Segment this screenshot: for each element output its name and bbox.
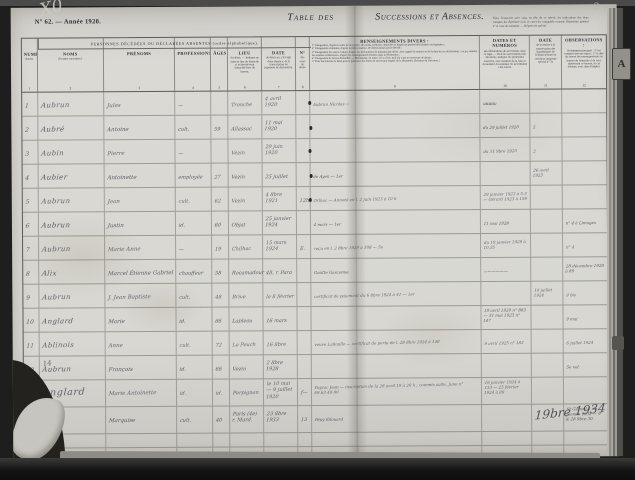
cell-lieu: Allassac bbox=[229, 115, 263, 138]
cell-profession: id. bbox=[177, 356, 213, 379]
cell-renseignements: Goutte Gasconne bbox=[311, 258, 481, 282]
handwritten-entry: cult. bbox=[179, 295, 191, 302]
handwritten-entry: J. Jean Baptiste bbox=[108, 294, 151, 302]
handwritten-entry: Marquise bbox=[108, 418, 135, 425]
cell-acte: E. bbox=[297, 235, 311, 258]
cell-certificat: 26 avril 1923 bbox=[531, 161, 563, 184]
handwritten-entry: 48 bbox=[215, 294, 222, 300]
cell-dates_numeros: 11 mai 1928 bbox=[481, 210, 531, 233]
table-row: 14AlixeMarquisecult.40Paris (4e) r. Mard… bbox=[24, 404, 608, 435]
handwritten-entry: 13 bbox=[301, 417, 308, 423]
cell-observations: 9 mai bbox=[564, 305, 608, 328]
ink-dot bbox=[310, 174, 313, 178]
cell-nom: Aubier bbox=[39, 164, 105, 187]
cell-nom: Ablinois bbox=[40, 332, 106, 355]
ink-dot bbox=[308, 149, 311, 153]
table-row: 11AblinoisAnnecult.72Le Peuch16 8breveuv… bbox=[24, 329, 608, 357]
cell-dates_numeros: uuuuuuuuu bbox=[481, 90, 531, 113]
handwritten-entry: Jean bbox=[107, 199, 120, 206]
cell-num: 2 bbox=[22, 117, 38, 140]
cell-num: 4 bbox=[23, 165, 39, 188]
table-row: 3AubinPierre—Vezin29 juin 1920du 31 9bre… bbox=[22, 137, 606, 165]
cell-acte bbox=[296, 115, 310, 138]
handwritten-entry: Justin bbox=[107, 223, 124, 230]
handwritten-entry: 3 bbox=[25, 151, 29, 159]
cell-date_deces: 4 8bre 1921 bbox=[263, 187, 297, 210]
handwritten-entry: 4 8bre 1921 bbox=[265, 191, 294, 204]
cell-observations: 5e vol. bbox=[564, 353, 608, 376]
cell-date_deces: 25 juillet bbox=[263, 163, 297, 186]
handwritten-entry: 66 bbox=[215, 319, 222, 325]
cell-num: 7 bbox=[23, 237, 39, 260]
cell-renseignements: certificat de paiement du 6 8bre 1924 à … bbox=[311, 282, 481, 306]
handwritten-entry: Aubier bbox=[41, 173, 68, 182]
handwritten-entry: Vezin bbox=[231, 174, 245, 180]
cell-date_deces: 11 mai 1920 bbox=[263, 115, 297, 138]
table-row: 7AubrunMarie Anne—19Chilhac15 mars 1924E… bbox=[23, 233, 607, 261]
cell-date_deces bbox=[264, 433, 298, 446]
cell-certificat: 10 juillet 1924 bbox=[532, 281, 564, 304]
cell-profession: cult. bbox=[176, 188, 212, 211]
handwritten-entry: 25 juillet bbox=[265, 174, 288, 181]
cell-date_deces: 25 janvier 1924 bbox=[263, 211, 297, 234]
handwritten-entry: du 19 janvier 1929 à 10.35 bbox=[484, 239, 529, 250]
handwritten-entry: Orlhac — Annoté en l. 2 juin 1923 à 10 h bbox=[314, 196, 397, 203]
cell-renseignements: Orlhac — Annoté en l. 2 juin 1923 à 10 h bbox=[311, 186, 481, 210]
printed-corner-note: Nota. Transcrire avec soin, en tête de c… bbox=[493, 16, 589, 28]
handwritten-entry: 4 mars — 1er bbox=[313, 222, 341, 228]
handwritten-entry: employée bbox=[178, 174, 203, 181]
table-row: 13AnglardMarie Antoinetteid.id.Perpignan… bbox=[24, 377, 608, 408]
cell-date_deces: 29 juin 1920 bbox=[263, 139, 297, 162]
cell-dates_numeros: 19 avril 1920 n° 883 — 31 mai 1923 n° 14… bbox=[482, 306, 532, 329]
cell-observations bbox=[563, 185, 607, 208]
handwritten-entry: 72 bbox=[216, 342, 223, 348]
cell-lieu: Chilhac bbox=[229, 235, 263, 258]
cell-prenoms: Pierre bbox=[104, 140, 176, 163]
table-body: 1AubrunJules—Tronche4 avril 1920Aubrun N… bbox=[22, 89, 608, 460]
page-title-left: Table des bbox=[267, 12, 355, 24]
cell-renseignements bbox=[311, 138, 481, 162]
cell-nom: Aubrun bbox=[39, 212, 105, 235]
cell-lieu: Vezin bbox=[229, 187, 263, 210]
cell-observations: 28 décembre 1928 à 89 bbox=[563, 257, 607, 280]
cell-dates_numeros: —————— bbox=[482, 258, 532, 281]
cell-date_deces: 48, r. Para bbox=[263, 259, 297, 282]
cell-date_deces: 23 8bre 1933 bbox=[264, 406, 298, 432]
cell-lieu bbox=[231, 433, 265, 446]
handwritten-entry: 23 8bre 1933 bbox=[266, 411, 295, 424]
cell-acte bbox=[297, 283, 311, 306]
cell-age: 60 bbox=[212, 212, 229, 235]
cell-profession: — bbox=[176, 140, 212, 163]
cell-profession: id. bbox=[177, 380, 213, 406]
handwritten-entry: id. bbox=[180, 367, 187, 373]
cell-renseignements bbox=[310, 114, 480, 138]
handwritten-entry: Allassac bbox=[231, 126, 252, 133]
cell-lieu: Vezin bbox=[229, 139, 263, 162]
handwritten-entry: 10 bbox=[26, 319, 34, 327]
cell-acte bbox=[298, 355, 312, 378]
handwritten-entry: 9 avril 1925 n° 183 bbox=[485, 340, 525, 346]
handwritten-entry: Marie Anne bbox=[107, 246, 140, 254]
handwritten-entry: 28 décembre 1928 à 89 bbox=[565, 263, 605, 274]
cell-lieu: Rocamadour bbox=[229, 259, 263, 282]
cell-renseignements bbox=[312, 306, 482, 330]
handwritten-entry: 4 bbox=[25, 175, 30, 183]
cell-observations: 9 bis bbox=[563, 281, 607, 304]
handwritten-entry: Vezin bbox=[232, 198, 246, 205]
cell-prenoms: Marie bbox=[105, 308, 177, 331]
handwritten-entry: chauffeur bbox=[179, 270, 204, 277]
handwritten-entry: veuve Lafeuille — certificat de perte de… bbox=[314, 339, 439, 347]
handwritten-entry: Alix bbox=[41, 269, 57, 278]
column-header-num: NUMÉROSd'ordre.1 bbox=[22, 39, 38, 92]
table-row: 10AnglardMarieid.66Lapleau16 mars19 avri… bbox=[23, 305, 607, 333]
cell-date_deces: 16 mars bbox=[264, 307, 298, 330]
handwritten-entry: n° 4 bbox=[566, 244, 575, 249]
handwritten-entry: le 8 février bbox=[266, 294, 294, 301]
cell-nom: Aubrun bbox=[39, 284, 105, 307]
handwritten-entry: 5 bbox=[25, 199, 29, 207]
cell-observations bbox=[562, 89, 606, 112]
handwritten-entry: 27 bbox=[214, 175, 221, 181]
cell-num: 10 bbox=[23, 309, 39, 332]
handwritten-entry: 29 janvier 1923 à 5.3 — Gérard 1923 à 15… bbox=[484, 191, 529, 202]
cell-lieu: Perpignan bbox=[230, 379, 264, 405]
table-row: 8AlixMarcel Étienne Gabrielchauffeur58Ro… bbox=[23, 257, 607, 285]
cell-observations bbox=[562, 113, 606, 136]
ink-dot bbox=[308, 101, 311, 105]
cell-prenoms: Marie Antoinette bbox=[106, 380, 178, 406]
cell-prenoms bbox=[106, 434, 178, 447]
column-header-certificat: DATEde la remise à la conservation des h… bbox=[530, 35, 562, 88]
cell-num: 1 bbox=[22, 93, 38, 116]
cell-prenoms: Marcel Étienne Gabriel bbox=[105, 260, 177, 283]
cell-dates_numeros: 16 janvier 1924 à 133 — 25 février 1924 … bbox=[482, 378, 532, 404]
cell-num: 11 bbox=[24, 333, 40, 356]
handwritten-entry: id. bbox=[180, 391, 187, 397]
cell-acte bbox=[298, 307, 312, 330]
column-header-renseignements: RENSEIGNEMENTS DIVERS :1° Désignation, d… bbox=[310, 36, 481, 90]
cell-date_deces: le 8 février bbox=[264, 283, 298, 306]
cell-acte bbox=[297, 211, 311, 234]
margin-pencil-mark: 14 bbox=[42, 359, 52, 368]
cell-profession: chauffeur bbox=[177, 260, 213, 283]
scanner-bed-bottom bbox=[0, 458, 635, 480]
handwritten-entry: 26 avril 1923 bbox=[533, 167, 560, 178]
handwritten-entry: Vezin bbox=[232, 366, 246, 372]
handwritten-entry: Chilhac bbox=[232, 246, 252, 253]
handwritten-entry: 5 bbox=[533, 125, 536, 130]
handwritten-entry: François bbox=[108, 367, 133, 374]
cell-age bbox=[214, 434, 231, 447]
index-tab-a: A bbox=[612, 48, 631, 80]
handwritten-entry: 15 mars 1924 bbox=[265, 239, 294, 252]
cell-profession: cult. bbox=[178, 407, 214, 433]
cell-lieu: Objat bbox=[229, 211, 263, 234]
cell-observations: 6 juillet 1924 bbox=[564, 329, 608, 352]
handwritten-entry: Vezin bbox=[231, 150, 245, 157]
handwritten-entry: 11 mai 1928 bbox=[484, 221, 510, 227]
cell-prenoms: Antoinette bbox=[104, 164, 176, 187]
handwritten-entry: — bbox=[178, 103, 183, 109]
handwritten-entry: 9 bis bbox=[566, 292, 576, 297]
cell-num: 3 bbox=[22, 141, 38, 164]
handwritten-entry: Objat bbox=[232, 222, 247, 228]
handwritten-entry: — bbox=[179, 247, 184, 253]
handwritten-entry: Pierre bbox=[107, 151, 125, 158]
handwritten-entry: Antoine bbox=[106, 127, 128, 134]
handwritten-entry: Aubrun bbox=[41, 221, 71, 230]
cell-age: 48 bbox=[213, 284, 230, 307]
cell-dates_numeros bbox=[482, 405, 532, 431]
handwritten-entry: Pépy Édouard bbox=[315, 417, 344, 423]
handwritten-entry: id. bbox=[216, 390, 223, 396]
handwritten-entry: 6 juillet 1924 bbox=[567, 340, 594, 346]
cell-lieu: Brive bbox=[230, 283, 264, 306]
handwritten-entry: Anglard bbox=[42, 317, 74, 326]
cell-age: id. bbox=[213, 380, 230, 406]
cell-profession: cult. bbox=[177, 332, 213, 355]
cell-certificat: 19bre 1934 bbox=[532, 404, 564, 430]
cell-acte bbox=[298, 331, 312, 354]
table-row: 4AubierAntoinetteemployée27Vezin25 juill… bbox=[23, 161, 607, 189]
handwritten-entry: Marcel Étienne Gabriel bbox=[107, 270, 173, 278]
handwritten-entry: 2 8bre 1928 bbox=[266, 360, 295, 373]
cell-lieu: Vezin bbox=[229, 163, 263, 186]
cell-date_deces: 15 mars 1924 bbox=[263, 235, 297, 258]
cell-profession bbox=[178, 434, 214, 447]
cell-dates_numeros: 9 avril 1925 n° 183 bbox=[482, 330, 532, 353]
cell-certificat bbox=[531, 257, 563, 280]
cell-certificat: 2 bbox=[531, 137, 563, 160]
handwritten-entry: 10 juillet 1924 bbox=[534, 287, 561, 298]
handwritten-entry: 16 mars bbox=[266, 318, 287, 325]
cell-observations: n° 4 bbox=[563, 233, 607, 256]
handwritten-entry: 16 8bre bbox=[267, 342, 287, 349]
cell-certificat bbox=[531, 209, 563, 232]
cell-certificat bbox=[530, 89, 562, 112]
handwritten-entry: Aubrun Nicolas — bbox=[313, 101, 350, 107]
cell-date_deces: 16 8bre bbox=[264, 331, 298, 354]
handwritten-entry: Marie Antoinette bbox=[108, 390, 156, 398]
cell-renseignements: Payrac Jean — inscription de la 28 avril… bbox=[312, 378, 483, 405]
handwritten-entry: Aubin bbox=[41, 149, 64, 158]
handwritten-entry: cult. bbox=[178, 127, 190, 133]
handwritten-entry: Anne bbox=[108, 343, 123, 350]
handwritten-entry: Goutte Gasconne bbox=[314, 269, 349, 275]
cell-dates_numeros bbox=[482, 282, 532, 305]
handwritten-entry: Aubrun bbox=[42, 293, 71, 302]
cell-renseignements: veuve Lafeuille — certificat de perte de… bbox=[312, 330, 482, 354]
handwritten-entry: 19 bbox=[215, 246, 222, 252]
handwritten-entry: 66 bbox=[216, 367, 223, 373]
cell-acte bbox=[298, 433, 312, 446]
handwritten-entry: Aubrun bbox=[41, 101, 70, 110]
cell-age: 19 bbox=[212, 236, 229, 259]
cell-num: 9 bbox=[23, 285, 39, 308]
column-header-dates_numeros: DATES ET NUMÉROSdes déclarations de succ… bbox=[480, 36, 530, 89]
cell-num: 5 bbox=[23, 189, 39, 212]
handwritten-entry: 59 bbox=[214, 127, 221, 133]
index-tab-notch bbox=[612, 336, 624, 350]
cell-age bbox=[212, 140, 229, 163]
cell-acte bbox=[297, 163, 311, 186]
cell-certificat bbox=[532, 431, 564, 444]
cell-profession: cult. bbox=[176, 116, 212, 139]
cell-prenoms: Jean bbox=[104, 188, 176, 211]
handwritten-entry: 7 bbox=[26, 247, 30, 255]
handwritten-entry: E. bbox=[300, 246, 306, 252]
cell-renseignements: Pépy Édouard bbox=[312, 405, 482, 432]
cell-certificat bbox=[532, 305, 564, 328]
handwritten-entry: 6 bbox=[25, 223, 30, 231]
cell-nom: Aubrun bbox=[38, 92, 104, 115]
handwritten-entry: Le Peuch bbox=[233, 342, 257, 349]
handwritten-entry: — bbox=[179, 151, 184, 157]
cell-certificat bbox=[532, 329, 564, 352]
register-page: N° 62. — Année 1920. Table des Successio… bbox=[11, 4, 620, 460]
table-row: 6AubrunJustinid.60Objat25 janvier 19244 … bbox=[23, 209, 607, 237]
cell-lieu: Tronche bbox=[228, 91, 262, 114]
handwritten-entry: 8 bbox=[25, 271, 30, 279]
handwritten-entry: le 10 mai — 9 juillet 1920 bbox=[266, 381, 295, 400]
handwritten-entry: Lapleau bbox=[232, 318, 253, 325]
cell-acte bbox=[297, 259, 311, 282]
cell-prenoms: Anne bbox=[105, 332, 177, 355]
handwritten-entry: 25 janvier 1924 bbox=[265, 216, 294, 229]
handwritten-entry: 62 bbox=[215, 198, 222, 204]
cell-prenoms: J. Jean Baptiste bbox=[105, 284, 177, 307]
cell-nom: Aubrun bbox=[39, 236, 105, 259]
cell-observations bbox=[563, 161, 607, 184]
handwritten-entry: 58 bbox=[215, 271, 222, 277]
handwritten-entry: du 29 juillet 1920 bbox=[483, 124, 519, 130]
cell-age: 62 bbox=[212, 188, 229, 211]
page-title-right: Successions et Absences. bbox=[367, 11, 493, 23]
cell-profession: id. bbox=[176, 212, 212, 235]
cell-age: 59 bbox=[212, 116, 229, 139]
cell-age: 66 bbox=[213, 356, 230, 379]
cell-prenoms: Marquise bbox=[106, 407, 178, 433]
handwritten-entry: 48, r. Para bbox=[266, 270, 293, 277]
cell-profession: employée bbox=[176, 164, 212, 187]
cell-certificat: 5 bbox=[531, 113, 563, 136]
handwritten-entry: 19 avril 1920 n° 883 — 31 mai 1923 n° 14… bbox=[483, 307, 529, 323]
handwritten-entry: 4 avril 1920 bbox=[265, 95, 294, 108]
handwritten-entry: Brive bbox=[232, 294, 246, 301]
table-row: 9AubrunJ. Jean Baptistecult.48Brivele 8 … bbox=[23, 281, 607, 309]
handwritten-entry: certificat de paiement du 6 8bre 1924 à … bbox=[314, 291, 415, 299]
cell-observations: n° 4 à Limoges bbox=[563, 209, 607, 232]
handwritten-entry: 29 juin 1920 bbox=[265, 143, 294, 156]
cell-prenoms: Justin bbox=[105, 212, 177, 235]
handwritten-entry: Aubré bbox=[40, 125, 65, 134]
cell-dates_numeros: du 31 9bre 1920 bbox=[481, 138, 531, 161]
succession-table: PERSONNES DÉCÉDÉES OU DÉCLARÉES ABSENTES… bbox=[21, 34, 610, 460]
cell-dates_numeros: du 29 juillet 1920 bbox=[481, 114, 531, 137]
cell-age bbox=[212, 92, 229, 115]
column-header-observations: OBSERVATIONS :Notamment pourquoi : 1° le… bbox=[562, 35, 606, 88]
table-row: 12AubrunFrançoisid.66Vezin2 8bre 19285e … bbox=[24, 353, 608, 381]
handwritten-entry: Ablinois bbox=[42, 341, 74, 351]
cell-nom: Aubrun bbox=[39, 188, 105, 211]
table-header: PERSONNES DÉCÉDÉES OU DÉCLARÉES ABSENTES… bbox=[22, 35, 606, 93]
cell-prenoms: Antoine bbox=[104, 116, 176, 139]
cell-certificat bbox=[531, 233, 563, 256]
handwritten-entry: 11 mai 1920 bbox=[264, 120, 293, 133]
handwritten-entry: n° 4 à Limoges bbox=[566, 220, 597, 226]
cell-profession: — bbox=[176, 92, 212, 115]
handwritten-entry: Aubrun bbox=[42, 245, 71, 254]
handwritten-entry: du 31 9bre 1920 bbox=[484, 148, 518, 154]
handwritten-entry: 9 bbox=[26, 295, 30, 303]
cell-age: 72 bbox=[213, 332, 230, 355]
cell-lieu: Le Peuch bbox=[230, 331, 264, 354]
cell-acte: 13 bbox=[298, 406, 312, 432]
handwritten-entry: cult. bbox=[180, 343, 192, 350]
cell-age: 66 bbox=[213, 308, 230, 331]
handwritten-entry: Perpignan bbox=[233, 390, 259, 397]
handwritten-entry: Marie bbox=[108, 319, 125, 326]
pencil-page-number: 2 bbox=[593, 2, 599, 13]
cell-profession: cult. bbox=[177, 284, 213, 307]
cell-renseignements bbox=[312, 354, 482, 378]
ink-dot bbox=[309, 198, 312, 202]
group-header: PERSONNES DÉCÉDÉES OU DÉCLARÉES ABSENTES… bbox=[38, 37, 311, 50]
cell-certificat bbox=[532, 377, 564, 403]
cell-certificat bbox=[532, 353, 564, 376]
cell-num: 8 bbox=[23, 261, 39, 284]
cell-renseignements: Aubrun Nicolas — bbox=[310, 90, 480, 114]
cell-dates_numeros: 29 janvier 1923 à 5.3 — Gérard 1923 à 15… bbox=[481, 186, 531, 209]
handwritten-entry: cult. bbox=[180, 418, 192, 424]
handwritten-entry: Tronche bbox=[231, 102, 252, 109]
table-row: 2AubréAntoinecult.59Allassac11 mai 1920d… bbox=[22, 113, 606, 141]
cell-certificat bbox=[531, 185, 563, 208]
handwritten-entry: f— bbox=[301, 390, 308, 396]
cell-date_deces: 2 8bre 1928 bbox=[264, 355, 298, 378]
handwritten-entry: uuuuuuuuu bbox=[483, 101, 496, 107]
cell-dates_numeros bbox=[483, 432, 533, 445]
cell-renseignements: de Ayen — 1er bbox=[311, 162, 481, 186]
cell-num: 6 bbox=[23, 213, 39, 236]
cell-date_deces: le 10 mai — 9 juillet 1920 bbox=[264, 379, 298, 405]
cell-prenoms: Jules bbox=[104, 92, 176, 115]
cell-observations bbox=[563, 137, 607, 160]
cell-renseignements: 4 mars — 1er bbox=[311, 210, 481, 234]
table-row: 5AubrunJeancult.62Vezin4 8bre 192112hOrl… bbox=[23, 185, 607, 213]
cell-lieu: Lapleau bbox=[230, 307, 264, 330]
handwritten-entry: 11 bbox=[26, 343, 34, 351]
cell-date_deces: 4 avril 1920 bbox=[262, 91, 296, 114]
cell-dates_numeros bbox=[481, 162, 531, 185]
cell-dates_numeros bbox=[482, 354, 532, 377]
handwritten-entry: id. bbox=[179, 319, 186, 325]
cell-nom: Aubin bbox=[38, 140, 104, 163]
cell-renseignements: reçu en l. 2 8bre 1929 à 308 — 5e bbox=[311, 234, 481, 258]
cell-lieu: Vezin bbox=[230, 355, 264, 378]
scanned-register-photo: N° 62. — Année 1920. Table des Successio… bbox=[0, 0, 635, 480]
table-row: 1AubrunJules—Tronche4 avril 1920Aubrun N… bbox=[22, 89, 606, 117]
cell-acte: f— bbox=[298, 379, 312, 405]
handwritten-entry: —————— bbox=[484, 269, 509, 275]
cell-age: 27 bbox=[212, 164, 229, 187]
cell-profession: — bbox=[177, 236, 213, 259]
handwritten-entry: 60 bbox=[215, 223, 222, 229]
handwritten-entry: 2 bbox=[533, 149, 536, 154]
